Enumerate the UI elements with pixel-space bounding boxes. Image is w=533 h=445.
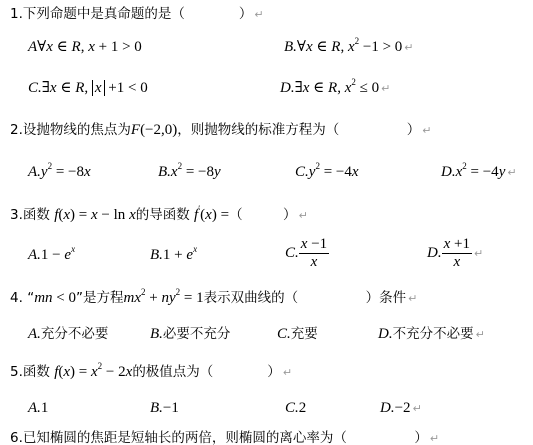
paragraph-mark-icon: ↵ [476,328,485,341]
question-3-option-d: D.x +1x↵ [427,236,483,271]
question-4-option-a: A.充分不必要 [28,325,108,343]
function-expression: f(x) = x2 − 2x [54,364,132,380]
paragraph-mark-icon: ↵ [430,432,439,445]
equation-expression: mx2 + ny2 = 1 [124,290,204,306]
question-1-option-d: D.∃x ∈ R, x2 ≤ 0↵ [280,79,390,98]
question-1-option-a: A∀x ∈ R, x + 1 > 0 [28,38,142,56]
question-1-option-c: C.∃x ∈ R, x +1 < 0 [28,79,148,97]
question-1-option-b: B.∀x ∈ R, x2 −1 > 0↵ [284,38,414,57]
question-2-stem: 2.设抛物线的焦点为F(−2,0)，则抛物线的标准方程为（ ）↵ [10,122,431,139]
derivative-expression: f′(x) = [194,207,229,223]
paragraph-mark-icon: ↵ [408,292,417,305]
question-6-stem: 6.已知椭圆的焦距是短轴长的两倍，则椭圆的离心率为（ ）↵ [10,430,439,445]
condition-expression: mn < 0 [34,290,76,306]
paragraph-mark-icon: ↵ [381,82,390,95]
question-4-option-c: C.充要 [277,325,318,343]
paragraph-mark-icon: ↵ [254,8,263,21]
question-4-option-d: D.不充分不必要↵ [378,325,485,344]
question-text: 下列命题中是真命题的是（ ） [23,6,253,22]
question-5-option-c: C.2 [285,399,306,417]
question-number: 1. [10,6,23,22]
paragraph-mark-icon: ↵ [474,247,483,260]
question-4-option-b: B.必要不充分 [150,325,230,343]
question-2-option-b: B.x2 = −8y [158,163,221,181]
paragraph-mark-icon: ↵ [404,41,413,54]
question-3-option-c: C.x −1x [285,236,329,271]
function-expression: f(x) = x − ln x [54,207,136,223]
question-5-option-d: D.−2↵ [380,399,422,418]
question-3-option-b: B.1 + ex [150,246,197,264]
question-5-option-b: B.−1 [150,399,179,417]
question-3-option-a: A.1 − ex [28,246,75,264]
paragraph-mark-icon: ↵ [413,402,422,415]
question-4-stem: 4. “mn < 0”是方程mx2 + ny2 = 1表示双曲线的（ ）条件↵ [10,290,417,307]
paragraph-mark-icon: ↵ [283,366,292,379]
question-2-option-d: D.x2 = −4y↵ [441,163,517,182]
question-5-stem: 5.函数 f(x) = x2 − 2x的极值点为（ ）↵ [10,364,292,381]
question-5-option-a: A.1 [28,399,48,417]
paragraph-mark-icon: ↵ [507,166,516,179]
paragraph-mark-icon: ↵ [422,124,431,137]
paragraph-mark-icon: ↵ [299,209,308,222]
focus-point: F(−2,0) [131,122,177,138]
question-2-option-a: A.y2 = −8x [28,163,91,181]
question-2-option-c: C.y2 = −4x [295,163,359,181]
question-1-stem: 1.下列命题中是真命题的是（ ）↵ [10,6,264,23]
question-3-stem: 3.函数 f(x) = x − ln x的导函数 f′(x) =（ ）↵ [10,207,308,224]
